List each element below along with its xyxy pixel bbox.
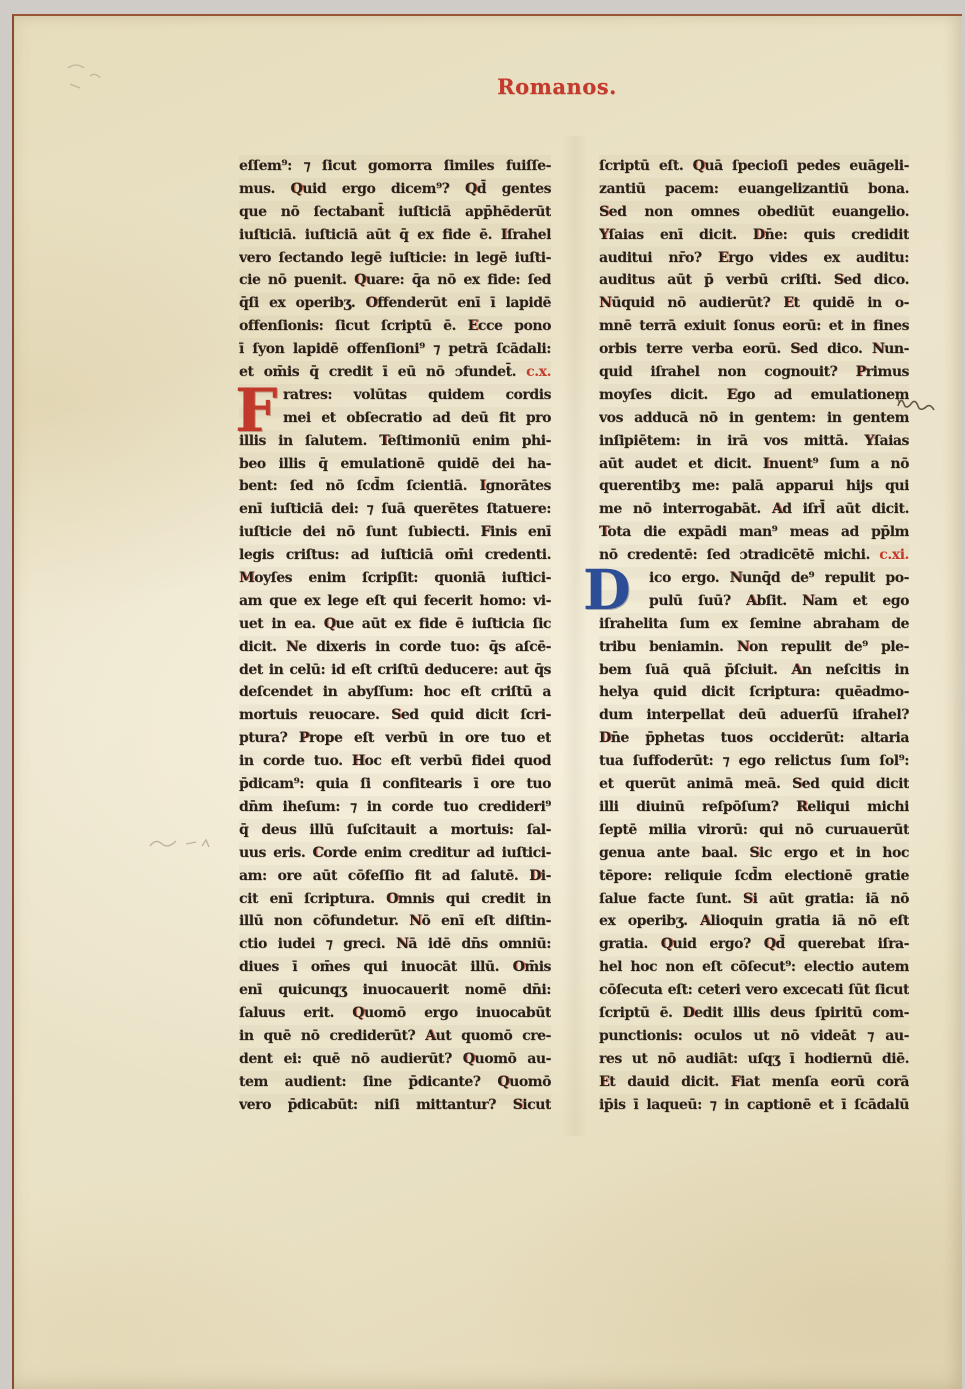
running-title: Romanos. — [447, 74, 667, 99]
text-line: mnē terrā exiuit ſonus eorū: et in fines — [599, 315, 909, 338]
text-line: auditui nr̄o? Ergo vides ex auditu: — [599, 247, 909, 270]
text-line: tribu beniamin. Non repulit de⁹ ple- — [599, 636, 909, 659]
text-line: Sed non omnes obediūt euangelio. — [599, 201, 909, 224]
text-line: cie nō puenit. Quare: q̄a nō ex fide: ſe… — [239, 269, 551, 292]
text-line: in quē nō crediderūt? Aut quomō cre- — [239, 1025, 551, 1048]
text-line: dum interpellat deū aduerſū iſrahel? — [599, 704, 909, 727]
right-margin-ink-mark — [892, 384, 942, 424]
text-line: gratia. Quid ergo? Qd̄ querebat iſra- — [599, 933, 909, 956]
text-line: tem audient: ſine p̄dicante? Quomō — [239, 1071, 551, 1094]
text-line: deſcendet in abyſſum: hoc eſt criſtū a — [239, 681, 551, 704]
text-line: Dn̄e p̄phetas tuos occiderūt: altaria — [599, 727, 909, 750]
text-line: zantiū pacem: euangelizantiū bona. — [599, 178, 909, 201]
chapter-marker: c.xi. — [879, 547, 909, 563]
illuminated-initial-D: D — [583, 565, 639, 617]
text-line: in corde tuo. Hoc eſt verbū fidei quod — [239, 750, 551, 773]
text-line: illis in ſalutem. Teſtimoniū enim phi- — [239, 430, 551, 453]
text-line: Et dauid dicit. Fiat menſa eorū corā — [599, 1071, 909, 1094]
text-line: et querūt animā meā. Sed quid dicit — [599, 773, 909, 796]
text-line: ſcriptū eſt. Quā ſpecioſi pedes euāgeli- — [599, 155, 909, 178]
text-line: vero p̄dicabūt: niſi mittantur? Sicut — [239, 1094, 551, 1117]
text-line: uet in ea. Que aūt ex fide ē iuſticia ſi… — [239, 613, 551, 636]
text-line: que nō ſectabant̄ iuſticiā app̄hēderūt — [239, 201, 551, 224]
text-line: dent ei: quē nō audierūt? Quomō au- — [239, 1048, 551, 1071]
chapter-marker: c.x. — [526, 364, 551, 380]
text-line: vos adducā nō in gentem: in gentem — [599, 407, 909, 430]
text-line: ico ergo. Nunq̄d de⁹ repulit po- — [599, 567, 909, 590]
text-line: moyſes dicit. Ego ad emulationem — [599, 384, 909, 407]
text-line: ratres: volūtas quidem cordis — [239, 384, 551, 407]
illuminated-initial-F: F — [235, 382, 283, 446]
text-line: Tota die expādi man⁹ meas ad pp̄lm — [599, 521, 909, 544]
text-line: pulū ſuū? Abſit. Nam et ego — [599, 590, 909, 613]
text-line: mus. Quid ergo dicem⁹? Qd̄ gentes — [239, 178, 551, 201]
text-line: am: ore aūt cōfeſſio fit ad ſalutē. Di- — [239, 865, 551, 888]
text-line: auditus aūt p̄ verbū criſti. Sed dico. — [599, 269, 909, 292]
text-line: uus eris. Corde enim creditur ad iuſtici… — [239, 842, 551, 865]
text-line: tēpore: reliquie ſcd̄m electionē gratie — [599, 865, 909, 888]
text-line: ip̄is ī laqueū: ⁊ in captionē et ī ſcāda… — [599, 1094, 909, 1117]
text-line: iſrahelita ſum ex ſemine abraham de — [599, 613, 909, 636]
text-line: enī iuſticiā dei: ⁊ ſuā querētes ſtatuer… — [239, 498, 551, 521]
text-line: ſeptē milia virorū: qui nō curuauerūt — [599, 819, 909, 842]
text-line: orbis terre verba eorū. Sed dico. Nun- — [599, 338, 909, 361]
text-line: cōſecuta eſt: ceteri vero excecati ſūt ſ… — [599, 979, 909, 1002]
text-line: res ut nō audiāt: uſqʒ ī hodiernū diē. — [599, 1048, 909, 1071]
text-line: querentibʒ me: palā apparui hijs qui — [599, 475, 909, 498]
text-line: illi diuinū reſpōſum? Reliqui michi — [599, 796, 909, 819]
text-line: helya quid dicit ſcriptura: quēadmo- — [599, 681, 909, 704]
text-line: dicit. Ne dixeris in corde tuo: q̄s aſcē… — [239, 636, 551, 659]
text-line: tua ſuffoderūt: ⁊ ego relictus ſum ſol⁹: — [599, 750, 909, 773]
text-line: ſaluus erit. Quomō ergo inuocabūt — [239, 1002, 551, 1025]
text-line: p̄dicam⁹: quia ſi confitearis ī ore tuo — [239, 773, 551, 796]
text-line: offenſionis: ſicut ſcriptū ē. Ecce pono — [239, 315, 551, 338]
left-margin-pencil-mark — [142, 828, 222, 858]
text-column-left: eſſem⁹: ⁊ ſicut gomorra ſimiles fuiſſe-m… — [239, 155, 551, 1116]
text-line: Moyſes enim ſcripſit: quoniā iuſtici- — [239, 567, 551, 590]
scanned-page: Romanos. eſſem⁹: ⁊ ſicut gomorra ſimiles… — [0, 0, 965, 1389]
text-line: q̄ſi ex operibʒ. Offenderūt enī ī lapidē — [239, 292, 551, 315]
text-line: ſcriptū ē. Dedit illis deus ſpiritū com- — [599, 1002, 909, 1025]
text-line: legis criſtus: ad iuſticiā om̄i credenti… — [239, 544, 551, 567]
text-line: ex operibʒ. Alioquin gratia iā nō eſt — [599, 910, 909, 933]
text-line: mei et obſecratio ad deū fit pro — [239, 407, 551, 430]
text-line: dn̄m iheſum: ⁊ in corde tuo credideri⁹ — [239, 796, 551, 819]
text-line: eſſem⁹: ⁊ ſicut gomorra ſimiles fuiſſe- — [239, 155, 551, 178]
text-line: beo illis q̄ emulationē quidē dei ha- — [239, 453, 551, 476]
text-line: nō credentē: ſed ɔtradicētē michi. c.xi. — [599, 544, 909, 567]
text-line: diues ī om̄es qui inuocāt illū. Om̄is — [239, 956, 551, 979]
text-line: ī ſyon lapidē offenſioni⁹ ⁊ petrā ſcādal… — [239, 338, 551, 361]
top-left-pencil-mark — [56, 54, 126, 104]
text-line: iuſticie dei nō ſunt ſubiecti. Finis enī — [239, 521, 551, 544]
text-line: ſalue facte ſunt. Si aūt gratia: iā nō — [599, 888, 909, 911]
manuscript-leaf: Romanos. eſſem⁹: ⁊ ſicut gomorra ſimiles… — [12, 14, 962, 1389]
text-line: inſipiētem: in irā vos mittā. Yſaias — [599, 430, 909, 453]
text-line: iuſticiā. iuſticiā aūt q̄ ex fide ē. Iſr… — [239, 224, 551, 247]
text-line: quid iſrahel non cognouit? Primus — [599, 361, 909, 384]
text-line: bem ſuā quā p̄ſciuit. An neſcitis in — [599, 659, 909, 682]
text-line: mortuis reuocare. Sed quid dicit ſcri- — [239, 704, 551, 727]
text-line: me nō interrogabāt. Ad iſrl̄ aūt dicit. — [599, 498, 909, 521]
text-line: vero ſectando legē iuſticie: in legē iuſ… — [239, 247, 551, 270]
text-line: aūt audet et dicit. Inuent⁹ ſum a nō — [599, 453, 909, 476]
text-line: enī quicunqʒ inuocauerit nomē dn̄i: — [239, 979, 551, 1002]
text-line: genua ante baal. Sic ergo et in hoc — [599, 842, 909, 865]
text-line: Nūquid nō audierūt? Et quidē in o- — [599, 292, 909, 315]
text-line: ptura? Prope eſt verbū in ore tuo et — [239, 727, 551, 750]
text-line: cit enī ſcriptura. Omnis qui credit in — [239, 888, 551, 911]
text-line: ctio iudei ⁊ greci. Nā idē dn̄s omniū: — [239, 933, 551, 956]
text-line: am que ex lege eſt qui fecerit homo: vi- — [239, 590, 551, 613]
text-line: hel hoc non eſt cōſecut⁹: electio autem — [599, 956, 909, 979]
text-line: illū non cōfundetur. Nō enī eſt diſtin- — [239, 910, 551, 933]
text-column-right: ſcriptū eſt. Quā ſpecioſi pedes euāgeli-… — [599, 155, 909, 1116]
text-line: et om̄is q̄ credit ī eū nō ɔfundet̄. c.x… — [239, 361, 551, 384]
text-line: bent: ſed nō ſcd̄m ſcientiā. Ignorātes — [239, 475, 551, 498]
text-line: q̄ deus illū ſuſcitauit a mortuis: ſal- — [239, 819, 551, 842]
text-line: punctionis: oculos ut nō videāt ⁊ au- — [599, 1025, 909, 1048]
text-line: Yſaias enī dicit. Dn̄e: quis credidit — [599, 224, 909, 247]
text-line: det in celū: id eſt criſtū deducere: aut… — [239, 659, 551, 682]
column-gutter-shade — [562, 136, 588, 1136]
